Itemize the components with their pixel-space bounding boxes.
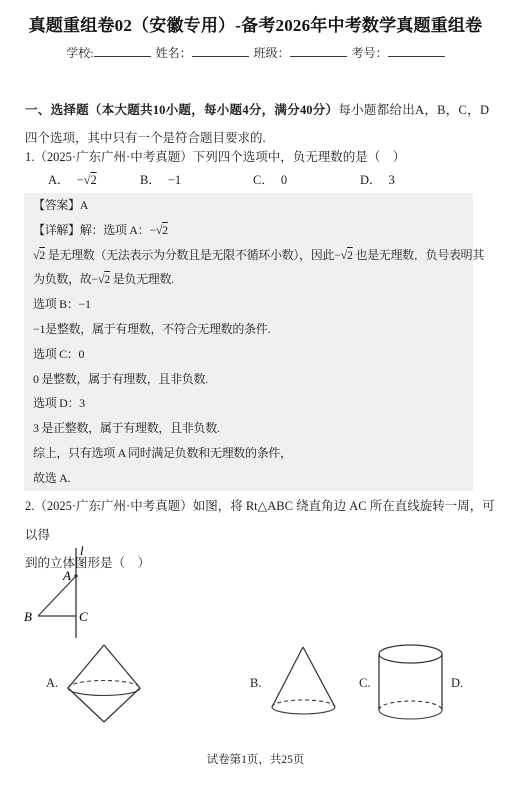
bottom-back-dashed [379, 701, 442, 710]
q1-option-a: A．−√2 [48, 170, 97, 188]
field-exam-no: 考号： [352, 44, 445, 61]
detail-line: 选项 C：0 [24, 342, 473, 367]
section-intro: 一、选择题（本大题共10小题，每小题4分，满分40分）每小题都给出A，B，C，D… [25, 96, 489, 152]
detail-line: 3 是正整数，属于有理数，且非负数. [24, 416, 473, 441]
field-school-blank [94, 45, 151, 57]
detail-line: −1是整数，属于有理数，不符合无理数的条件. [24, 317, 473, 342]
cone-shape [265, 642, 345, 720]
bottom-front [379, 710, 442, 719]
question-1-stem: 1.（2025·广东广州·中考真题）下列四个选项中，负无理数的是（ ） [25, 146, 489, 168]
field-name: 姓名： [156, 44, 249, 61]
answer-line: 【答案】A [24, 193, 473, 218]
section-heading: 一、选择题（本大题共10小题，每小题4分，满分40分） [25, 103, 338, 117]
field-exam-no-label: 考号： [352, 46, 388, 60]
q1-option-b-label: B． [140, 173, 161, 187]
label-line-l: l [80, 543, 84, 558]
detail-line: 【详解】解：选项 A：−√2 [24, 218, 473, 243]
q1-option-d: D．3 [360, 170, 395, 188]
q2-option-d-label: D. [451, 676, 463, 691]
equator-front [68, 688, 140, 696]
question-1-options: A．−√2 B．−1 C．0 D．3 [0, 170, 511, 192]
detail-line: √2 是无理数（无法表示为分数且是无限不循环小数），因此−√2 也是无理数．负号… [24, 243, 473, 268]
double-cone-shape [60, 640, 150, 730]
label-vertex-a: A [62, 568, 71, 583]
q2-option-a-label: A. [46, 676, 58, 691]
q1-option-d-label: D． [360, 173, 382, 187]
base-back-dashed [272, 700, 335, 707]
field-class: 班级： [254, 44, 347, 61]
q1-option-c-label: C． [253, 173, 274, 187]
label-vertex-b: B [24, 609, 32, 624]
field-exam-no-blank [388, 45, 445, 57]
page-footer: 试卷第1页，共25页 [0, 751, 511, 767]
q2-stem-line-1: 2.（2025·广东广州·中考真题）如图，将 Rt△ABC 绕直角边 AC 所在… [25, 492, 495, 549]
q1-option-b: B．−1 [140, 170, 181, 188]
field-school: 学校: [66, 44, 150, 61]
q1-option-d-value: 3 [389, 173, 395, 187]
detail-line: 故选 A. [24, 466, 473, 491]
q1-option-c: C．0 [253, 170, 287, 188]
detail-line: 0 是整数，属于有理数，且非负数. [24, 367, 473, 392]
detail-line: 选项 D：3 [24, 391, 473, 416]
detail-line: 选项 B：−1 [24, 292, 473, 317]
top-ellipse [379, 645, 442, 663]
label-vertex-c: C [79, 609, 88, 624]
field-class-label: 班级： [254, 46, 290, 60]
field-name-label: 姓名： [156, 46, 192, 60]
vertex-a-dot [74, 574, 77, 577]
q2-option-c-label: C. [359, 676, 370, 691]
q2-triangle-figure: l A B C [20, 542, 130, 642]
field-school-label: 学校: [66, 46, 93, 60]
detail-line: 综上，只有选项 A 同时满足负数和无理数的条件， [24, 441, 473, 466]
q1-answer-block: 【答案】A 【详解】解：选项 A：−√2 √2 是无理数（无法表示为分数且是无限… [24, 193, 473, 491]
cylinder-shape [375, 640, 447, 725]
q2-option-b-label: B. [250, 676, 261, 691]
page-title: 真题重组卷02（安徽专用）-备考2026年中考数学真题重组卷 [0, 11, 511, 36]
base-front [272, 707, 335, 714]
q1-option-a-value: −√2 [77, 173, 97, 187]
field-name-blank [192, 45, 249, 57]
q1-option-a-label: A． [48, 173, 70, 187]
detail-line: 为负数，故−√2 是负无理数. [24, 267, 473, 292]
field-class-blank [290, 45, 347, 57]
q1-option-c-value: 0 [281, 173, 287, 187]
equator-back-dashed [68, 681, 140, 689]
q1-option-b-value: −1 [168, 173, 181, 187]
header-fields-row: 学校: 姓名： 班级： 考号： [0, 44, 511, 61]
